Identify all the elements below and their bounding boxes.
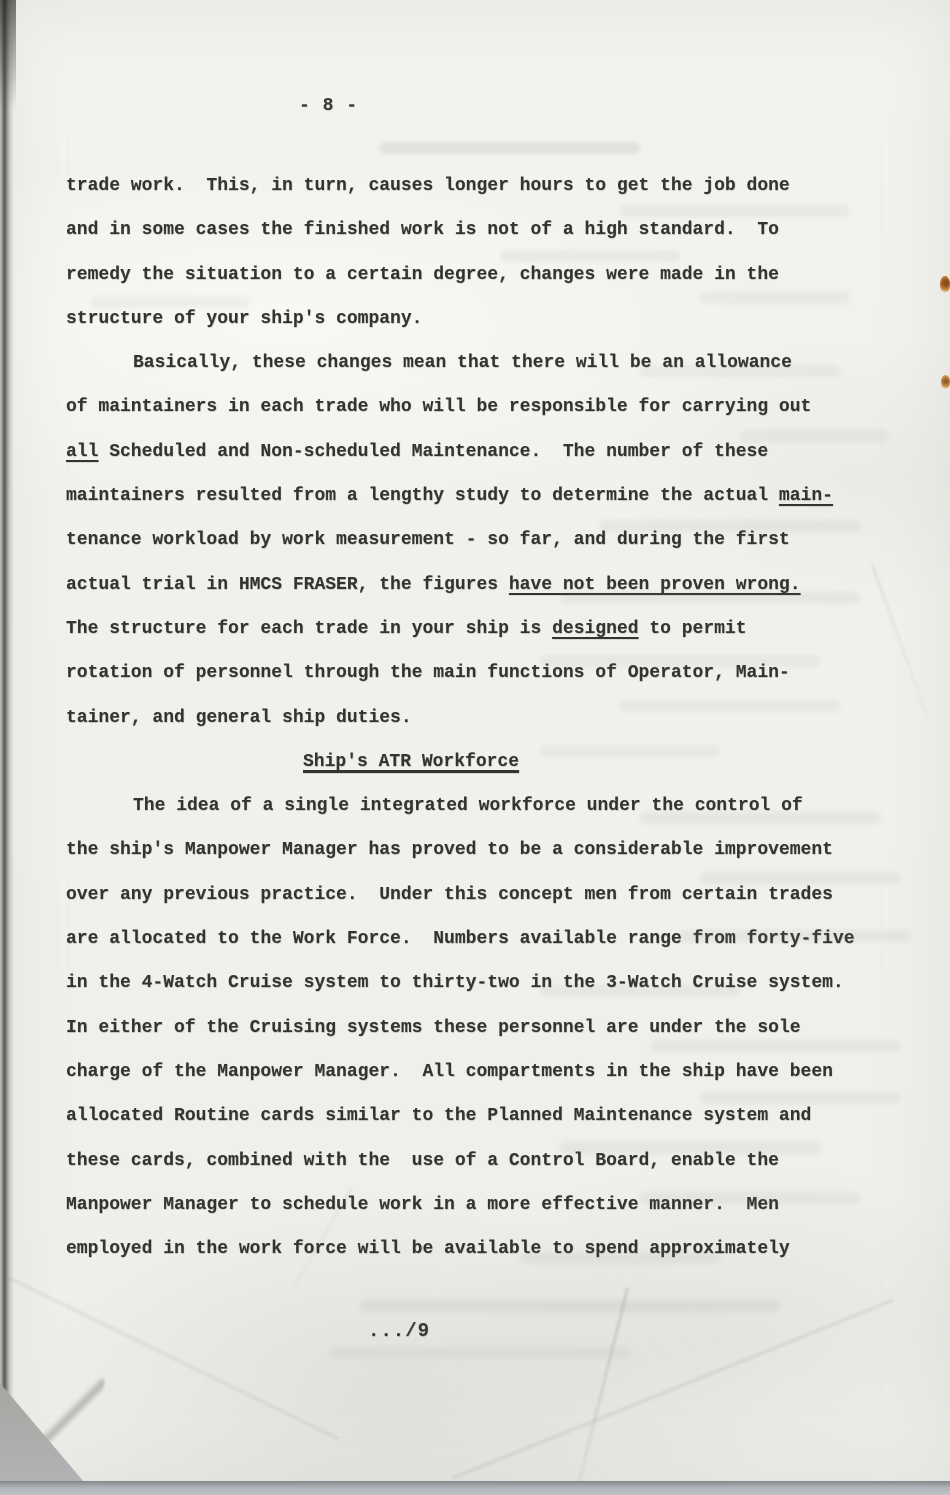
text-segment: the ship's Manpower Manager has proved t… (66, 840, 833, 860)
underlined-text: designed (552, 619, 638, 639)
scan-bottom-edge (0, 1481, 950, 1495)
bleed-through-smudge (740, 430, 890, 442)
bleed-through-smudge (620, 700, 840, 712)
text-segment: actual trial in HMCS FRASER, the figures (66, 575, 509, 595)
binding-edge-top-shadow (0, 0, 16, 110)
continuation-page-indicator: .../9 (368, 1320, 430, 1342)
bleed-through-smudge (380, 142, 640, 154)
bleed-through-smudge (560, 592, 860, 604)
text-segment: to permit (639, 619, 747, 639)
bleed-through-smudge (520, 1252, 720, 1264)
paper-crease (452, 1299, 894, 1480)
underlined-text: main- (779, 486, 833, 506)
bleed-through-smudge (640, 812, 880, 824)
document-body: trade work. This, in turn, causes longer… (66, 164, 866, 1271)
text-segment: maintainers resulted from a lengthy stud… (66, 486, 779, 506)
text-segment: Scheduled and Non-scheduled Maintenance.… (98, 442, 768, 462)
text-segment: tenance workload by work measurement - s… (66, 530, 790, 550)
text-line: Manpower Manager to schedule work in a m… (66, 1183, 866, 1227)
bleed-through-smudge (700, 872, 900, 884)
binding-edge-shadow (0, 0, 14, 1482)
text-line: employed in the work force will be avail… (66, 1227, 866, 1271)
text-line: of maintainers in each trade who will be… (66, 385, 866, 429)
text-segment: trade work. This, in turn, causes longer… (66, 176, 790, 196)
underlined-text: all (66, 442, 98, 462)
text-line: trade work. This, in turn, causes longer… (66, 164, 866, 208)
bleed-through-smudge (330, 1347, 630, 1359)
text-line: charge of the Manpower Manager. All comp… (66, 1050, 866, 1094)
bleed-through-smudge (90, 296, 250, 308)
text-segment: allocated Routine cards similar to the P… (66, 1106, 811, 1126)
bleed-through-smudge (540, 745, 720, 757)
bleed-through-smudge (360, 1300, 780, 1312)
bleed-through-smudge (700, 1092, 900, 1104)
bleed-through-smudge (640, 365, 840, 377)
bleed-through-smudge (540, 985, 740, 997)
text-segment: remedy the situation to a certain degree… (66, 265, 779, 285)
rust-spot (940, 276, 950, 293)
underlined-text: Ship's ATR Workforce (303, 752, 519, 772)
page-number: - 8 - (299, 96, 358, 116)
scanned-page: - 8 - trade work. This, in turn, causes … (0, 0, 950, 1495)
text-line: maintainers resulted from a lengthy stud… (66, 474, 866, 518)
bleed-through-smudge (640, 1192, 860, 1204)
text-segment: and in some cases the finished work is n… (66, 220, 779, 240)
text-line: Basically, these changes mean that there… (66, 341, 866, 385)
text-segment: of maintainers in each trade who will be… (66, 397, 811, 417)
text-segment: The structure for each trade in your shi… (66, 619, 552, 639)
bleed-through-smudge (680, 930, 910, 942)
paper-sheet: - 8 - trade work. This, in turn, causes … (0, 0, 950, 1482)
rust-spot (941, 375, 950, 389)
text-segment: structure of your ship's company. (66, 309, 422, 329)
text-segment: tainer, and general ship duties. (66, 708, 412, 728)
text-line: in the 4-Watch Cruise system to thirty-t… (66, 961, 866, 1005)
text-line: the ship's Manpower Manager has proved t… (66, 828, 866, 872)
text-segment: In either of the Cruising systems these … (66, 1018, 801, 1038)
bleed-through-smudge (560, 1142, 820, 1154)
paper-crease (574, 1288, 629, 1495)
text-line: The structure for each trade in your shi… (66, 607, 866, 651)
paper-crease (871, 564, 929, 715)
bleed-through-smudge (500, 250, 680, 262)
bleed-through-smudge (540, 655, 820, 667)
text-segment: over any previous practice. Under this c… (66, 885, 833, 905)
section-heading: Ship's ATR Workforce (66, 740, 866, 784)
bleed-through-smudge (600, 520, 860, 532)
text-line: remedy the situation to a certain degree… (66, 253, 866, 297)
text-segment: charge of the Manpower Manager. All comp… (66, 1062, 833, 1082)
bleed-through-smudge (620, 205, 850, 217)
bleed-through-smudge (650, 1040, 900, 1052)
bleed-through-smudge (700, 292, 850, 304)
